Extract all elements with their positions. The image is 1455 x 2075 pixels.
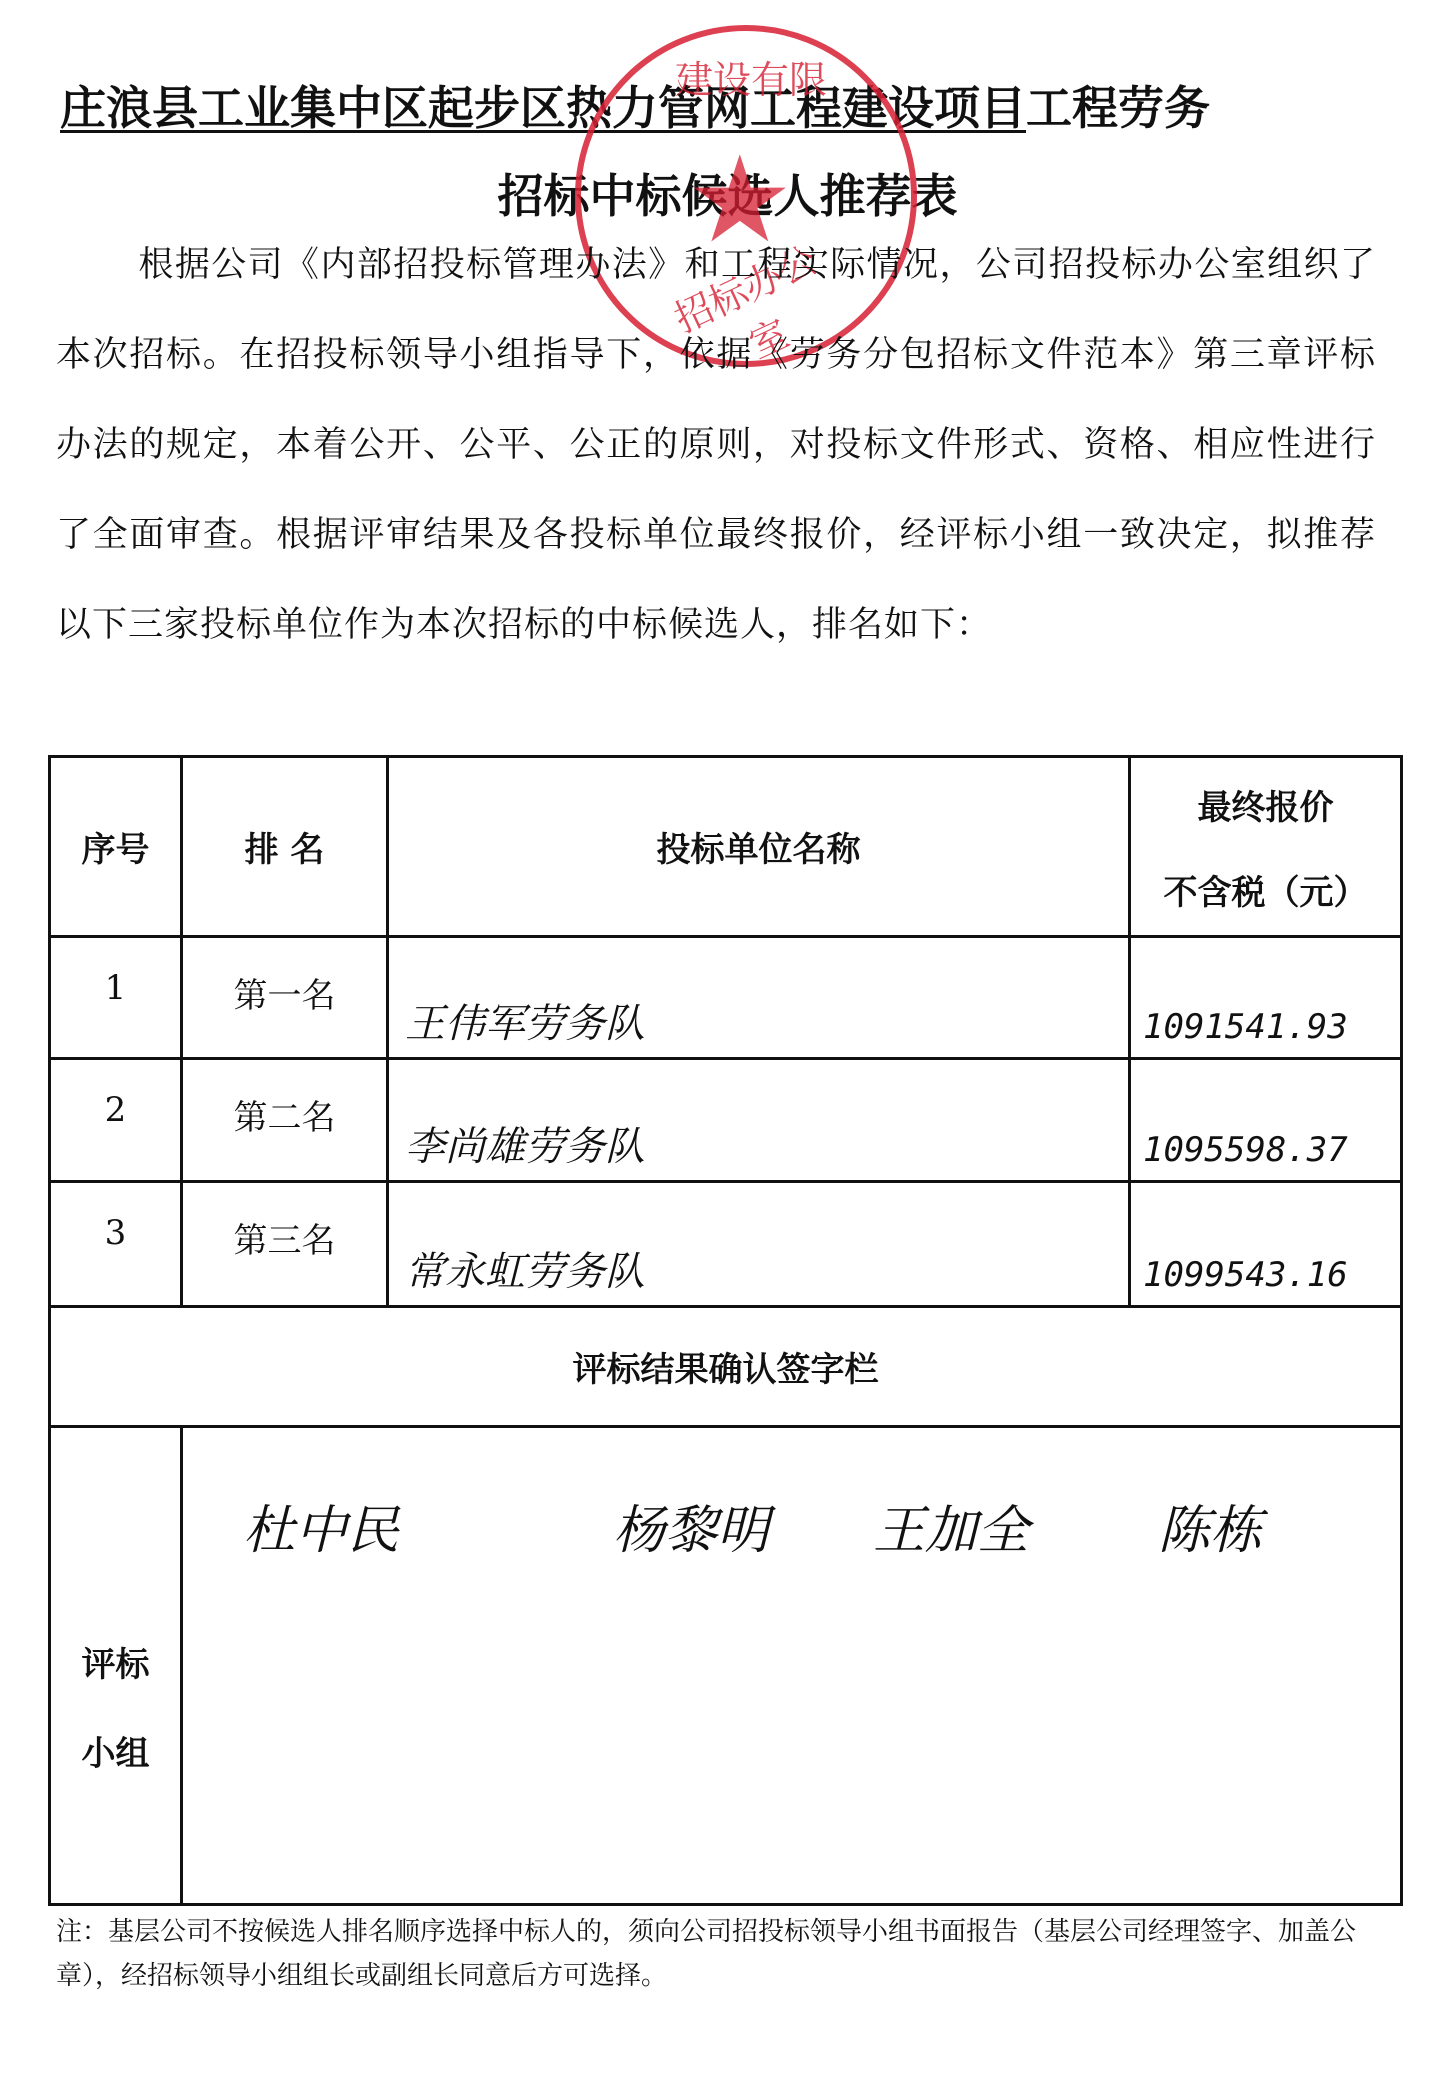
row-bidder-handwritten: 常永虹劳务队: [388, 1182, 1130, 1307]
header-price-line1: 最终报价: [1131, 780, 1400, 829]
panel-label-line2: 小组: [51, 1726, 180, 1775]
table-header-row: 序号 排 名 投标单位名称 最终报价 不含税（元）: [50, 757, 1402, 937]
row-price-handwritten: 1099543.16: [1130, 1182, 1402, 1307]
candidate-table: 序号 排 名 投标单位名称 最终报价 不含税（元） 1 第一名 王伟军劳务队 1…: [48, 755, 1403, 1906]
footnote: 注：基层公司不按候选人排名顺序选择中标人的，须向公司招投标领导小组书面报告（基层…: [56, 1910, 1396, 1998]
confirm-signature-header: 评标结果确认签字栏: [50, 1307, 1402, 1427]
row-seq: 3: [50, 1182, 182, 1307]
intro-text: 根据公司《内部招投标管理办法》和工程实际情况，公司招投标办公室组织了本次招标。在…: [56, 245, 1376, 645]
header-price-line2: 不含税（元）: [1131, 865, 1400, 914]
row-price-handwritten: 1095598.37: [1130, 1059, 1402, 1182]
document-title-line2: 招标中标候选人推荐表: [0, 160, 1455, 226]
title-suffix: 工程劳务: [1026, 81, 1210, 135]
row-price-handwritten: 1091541.93: [1130, 937, 1402, 1059]
row-bidder-handwritten: 李尚雄劳务队: [388, 1059, 1130, 1182]
row-seq: 2: [50, 1059, 182, 1182]
signature-row: 评标 小组 杜中民 杨黎明 王加全 陈栋: [50, 1427, 1402, 1905]
table-row: 1 第一名 王伟军劳务队 1091541.93: [50, 937, 1402, 1059]
project-name: 庄浪县工业集中区起步区热力管网工程建设项目: [60, 81, 1026, 135]
row-rank: 第三名: [182, 1182, 388, 1307]
signature-3: 王加全: [873, 1488, 1029, 1563]
table-row: 3 第三名 常永虹劳务队 1099543.16: [50, 1182, 1402, 1307]
signature-2: 杨黎明: [613, 1488, 769, 1563]
signature-4: 陈栋: [1158, 1488, 1262, 1563]
header-price: 最终报价 不含税（元）: [1130, 757, 1402, 937]
row-rank: 第二名: [182, 1059, 388, 1182]
panel-label-line1: 评标: [51, 1637, 180, 1686]
signature-area: 杜中民 杨黎明 王加全 陈栋: [182, 1427, 1402, 1905]
intro-paragraph: 根据公司《内部招投标管理办法》和工程实际情况，公司招投标办公室组织了本次招标。在…: [56, 220, 1376, 670]
row-seq: 1: [50, 937, 182, 1059]
header-rank: 排 名: [182, 757, 388, 937]
header-seq: 序号: [50, 757, 182, 937]
confirm-header-row: 评标结果确认签字栏: [50, 1307, 1402, 1427]
row-rank: 第一名: [182, 937, 388, 1059]
table-row: 2 第二名 李尚雄劳务队 1095598.37: [50, 1059, 1402, 1182]
row-bidder-handwritten: 王伟军劳务队: [388, 937, 1130, 1059]
header-bidder: 投标单位名称: [388, 757, 1130, 937]
panel-label: 评标 小组: [50, 1427, 182, 1905]
document-title-line1: 庄浪县工业集中区起步区热力管网工程建设项目工程劳务: [60, 72, 1360, 138]
signature-1: 杜中民: [243, 1488, 399, 1563]
